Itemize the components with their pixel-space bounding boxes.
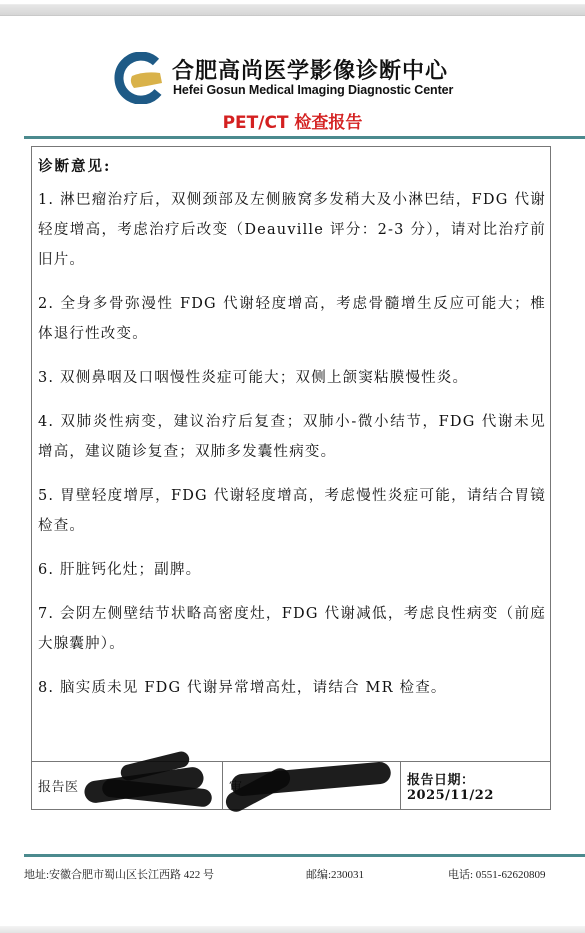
report-header: 合肥高尚医学影像诊断中心 Hefei Gosun Medical Imaging… [0,40,585,135]
diagnosis-item: 6. 肝脏钙化灶；副脾。 [38,555,546,585]
diagnosis-item: 8. 脑实质未见 FDG 代谢异常增高灶，请结合 MR 检查。 [38,673,546,703]
org-name-en: Hefei Gosun Medical Imaging Diagnostic C… [173,83,453,97]
postcode-text: 邮编:230031 [306,866,364,882]
bottom-edge-bar [0,926,585,933]
diagnosis-box: 诊断意见: 1. 淋巴瘤治疗后，双侧颈部及左侧腋窝多发稍大及小淋巴结，FDG 代… [31,146,551,810]
report-date-cell: 报告日期：2025/11/22 [400,762,550,809]
contact-row: 地址:安徽合肥市蜀山区长江西路 422 号 邮编:230031 电话: 0551… [24,866,585,882]
diagnosis-item: 2. 全身多骨弥漫性 FDG 代谢轻度增高，考虑骨髓增生反应可能大；椎体退行性改… [38,289,546,349]
signature-row: 报告医 审 报告日期：2025/11/22 [32,761,550,809]
diagnosis-list: 1. 淋巴瘤治疗后，双侧颈部及左侧腋窝多发稍大及小淋巴结，FDG 代谢轻度增高，… [38,185,546,717]
diagnosis-item: 4. 双肺炎性病变，建议治疗后复查；双肺小-微小结节，FDG 代谢未见增高，建议… [38,407,546,467]
report-title: PET/CT 检查报告 [0,108,585,133]
diagnosis-item: 1. 淋巴瘤治疗后，双侧颈部及左侧腋窝多发稍大及小淋巴结，FDG 代谢轻度增高，… [38,185,546,275]
reviewer-cell: 审 [222,762,400,809]
diagnosis-heading: 诊断意见: [38,155,111,176]
report-doctor-cell: 报告医 [32,762,222,809]
phone-text: 电话: 0551-62620809 [448,866,545,882]
header-divider [24,136,585,139]
diagnosis-item: 3. 双侧鼻咽及口咽慢性炎症可能大；双侧上颌窦粘膜慢性炎。 [38,363,546,393]
diagnosis-item: 7. 会阴左侧壁结节状略高密度灶，FDG 代谢减低，考虑良性病变（前庭大腺囊肿）… [38,599,546,659]
report-date: 报告日期：2025/11/22 [407,769,550,803]
report-doctor-label: 报告医 [38,776,79,795]
org-name-cn: 合肥高尚医学影像诊断中心 [172,54,448,85]
diagnosis-item: 5. 胃壁轻度增厚，FDG 代谢轻度增高，考虑慢性炎症可能，请结合胃镜检查。 [38,481,546,541]
top-edge-bar [0,4,585,16]
address-text: 地址:安徽合肥市蜀山区长江西路 422 号 [24,866,214,882]
gosun-logo-icon [112,52,168,104]
footer-divider [24,854,585,857]
